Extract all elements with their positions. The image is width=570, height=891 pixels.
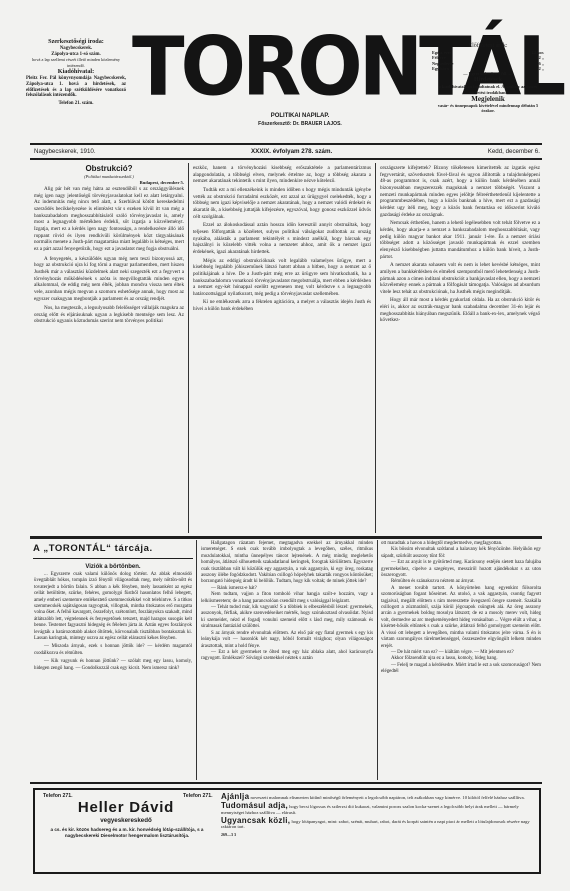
feuilleton-title: Viziók a börtönben. (34, 563, 192, 572)
feuilleton-column-1: Viziók a börtönben. ... Egyszerre csak v… (34, 563, 192, 672)
paragraph: — Ezt az anyát is te gyötörted meg. Kará… (381, 560, 541, 579)
column-divider (375, 163, 376, 533)
masthead-subscription-info: Előfizetési árak: Egész évre24 kor. Félé… (432, 42, 544, 114)
ad-code: 269—3 3 (221, 832, 535, 838)
paragraph: A nemzet akarata sohasem volt és nem is … (380, 262, 540, 295)
volume-issue: XXXIX. évfolyam 278. szám. (251, 146, 332, 158)
column-divider (377, 540, 378, 780)
editorial-note: hová a lap szellemi részét illető minden… (26, 57, 126, 68)
feuilleton-rule (30, 536, 542, 539)
paragraph: Ki ne emlékeznék arra a féktelen agitáci… (193, 299, 371, 312)
ad-offer: Tudomásul adja, hogy becsi lógossas és s… (221, 803, 535, 815)
article-column-1: Obstrukció? (Politikai munkatársunktól.)… (34, 163, 184, 325)
paragraph: — Ezt a két gyermeket te ölted meg egy h… (201, 650, 373, 663)
paragraph: A menet tovább tartott. A könyörtelen ha… (381, 586, 541, 650)
dateline: Nagybecskerek, 1910. XXXIX. évfolyam 278… (34, 146, 540, 158)
column-divider (196, 540, 197, 780)
ad-offer: Ajánlja noveszett malomnak elismerten ki… (221, 794, 535, 801)
paragraph: Mégis az eddigi obstrukcióknak volt lega… (193, 258, 371, 298)
appears-note: vasár- és ünnepnapok kivételével mindenn… (432, 103, 544, 114)
ad-phone-right: Telefon 271. (183, 793, 213, 799)
prices-heading: Előfizetési árak: (432, 42, 544, 50)
dateline-rule (30, 158, 542, 160)
article-column-2: eszköz, hanem a törvényhozási kisebbség … (193, 165, 371, 313)
office-phone: Telefon 21. szám. (26, 101, 126, 107)
paragraph: — Tehát tudod már, kik vagyunk! S a több… (201, 605, 373, 631)
appears-heading: Megjelenik (432, 95, 544, 103)
heller-david-advertisement: Telefon 271. Telefon 271. Heller Dávid v… (33, 788, 541, 874)
paragraph: Hallgatagon rázatam fejemet, megtagadva … (201, 541, 373, 586)
office-note: Pleitz Fer. Pál könyvnyomdája Nagybecske… (26, 76, 126, 98)
paragraph: Nemcsak érthetően, hanem a lehető legéle… (380, 220, 540, 260)
ad-top-rule (30, 782, 542, 784)
paragraph: Nem tudtam, vajjon a fiton tomboló vihar… (201, 592, 373, 605)
column-divider (188, 163, 189, 533)
paragraph: — Kik vagyunk és honnan jöttünk? — szóla… (34, 659, 192, 672)
paragraph: A fenyegetés, a készülődés ugyan még nem… (34, 256, 184, 303)
paragraph: S az árnyak rendre elvonultak előttem. A… (201, 631, 373, 650)
paragraph: — Felelj te magad a kérdésedre. Miért ir… (381, 663, 541, 676)
paragraph: Kis bőssim elvonultak szótlanul a halava… (381, 547, 541, 560)
paragraph: eszköz, hanem a törvényhozási kisebbség … (193, 165, 371, 185)
article-column-3: országszerte kifejtettek? Bizony tökélet… (380, 165, 540, 324)
feuilleton-column-2: Hallgatagon rázatam fejemet, megtagadva … (201, 541, 373, 663)
paragraph: Tudták ezt a mi ellenzékeink is minden i… (193, 187, 371, 220)
paragraph: Nos, ha megteszik, a legsulyosabb felelő… (34, 305, 184, 325)
ad-merchant-kind: vegyeskereskedő (35, 817, 217, 824)
subtitle-text: POLITIKAI NAPILAP. (180, 112, 420, 120)
paragraph: Alig pár hét van még hátra az esztendőbő… (34, 186, 184, 253)
feuilleton-column-3: ott maradtak a havon a hidegtől megderme… (381, 541, 541, 676)
paragraph: — Miszoda árnyak, ezek s honnan jöttök i… (34, 644, 192, 657)
ad-left-block: Telefon 271. Telefon 271. Heller Dávid v… (35, 790, 193, 872)
ad-offers: Ajánlja noveszett malomnak elismerten ki… (221, 794, 535, 838)
place-year: Nagybecskerek, 1910. (34, 146, 96, 158)
office-heading: Kiadóhivatal: (26, 68, 126, 76)
editorial-heading: Szerkesztőségi iroda: (26, 38, 126, 46)
paragraph: ... Egyszerre csak valami különös dolog … (34, 572, 192, 642)
paragraph: Ezzel az álokoskodással aztán hosszu idő… (193, 222, 371, 255)
weekday-date: Kedd, december 6. (488, 146, 540, 158)
masthead-editorial-info: Szerkesztőségi iroda: Nagybecskerek. Záp… (26, 38, 126, 106)
newspaper-title: TORONTÁL (132, 26, 414, 110)
masthead-rule (30, 143, 542, 145)
paragraph: országszerte kifejtettek? Bizony tökélet… (380, 165, 540, 218)
newspaper-subtitle: POLITIKAI NAPILAP. Főszerkesztő: Dr. BRA… (180, 112, 420, 128)
ad-merchant-name: Heller Dávid (35, 800, 217, 816)
feuilleton-heading: A „TORONTÁL“ tárcája. (33, 543, 193, 555)
ads-heading: Hirdetések (432, 76, 544, 84)
ads-note: a kiadóhivatalban fogadtatnak el. Árszab… (432, 84, 544, 95)
newspaper-page: Szerkesztőségi iroda: Nagybecskerek. Záp… (0, 0, 570, 891)
paragraph: Hogy áll már most a kérdés gyakorlati ol… (380, 297, 540, 324)
ad-offer: Ugyancsak közli, hogy lótápanyagot, mint… (221, 818, 535, 830)
editor-in-chief: Főszerkesztő: Dr. BRAUER LAJOS. (180, 120, 420, 128)
ad-merchant-description: a cs. és kir. közös hadsereg és a m. kir… (39, 827, 215, 839)
article-title: Obstrukció? (34, 163, 184, 174)
feuilleton-heading-rule (33, 558, 193, 559)
ad-phone-left: Telefon 271. (43, 793, 73, 799)
